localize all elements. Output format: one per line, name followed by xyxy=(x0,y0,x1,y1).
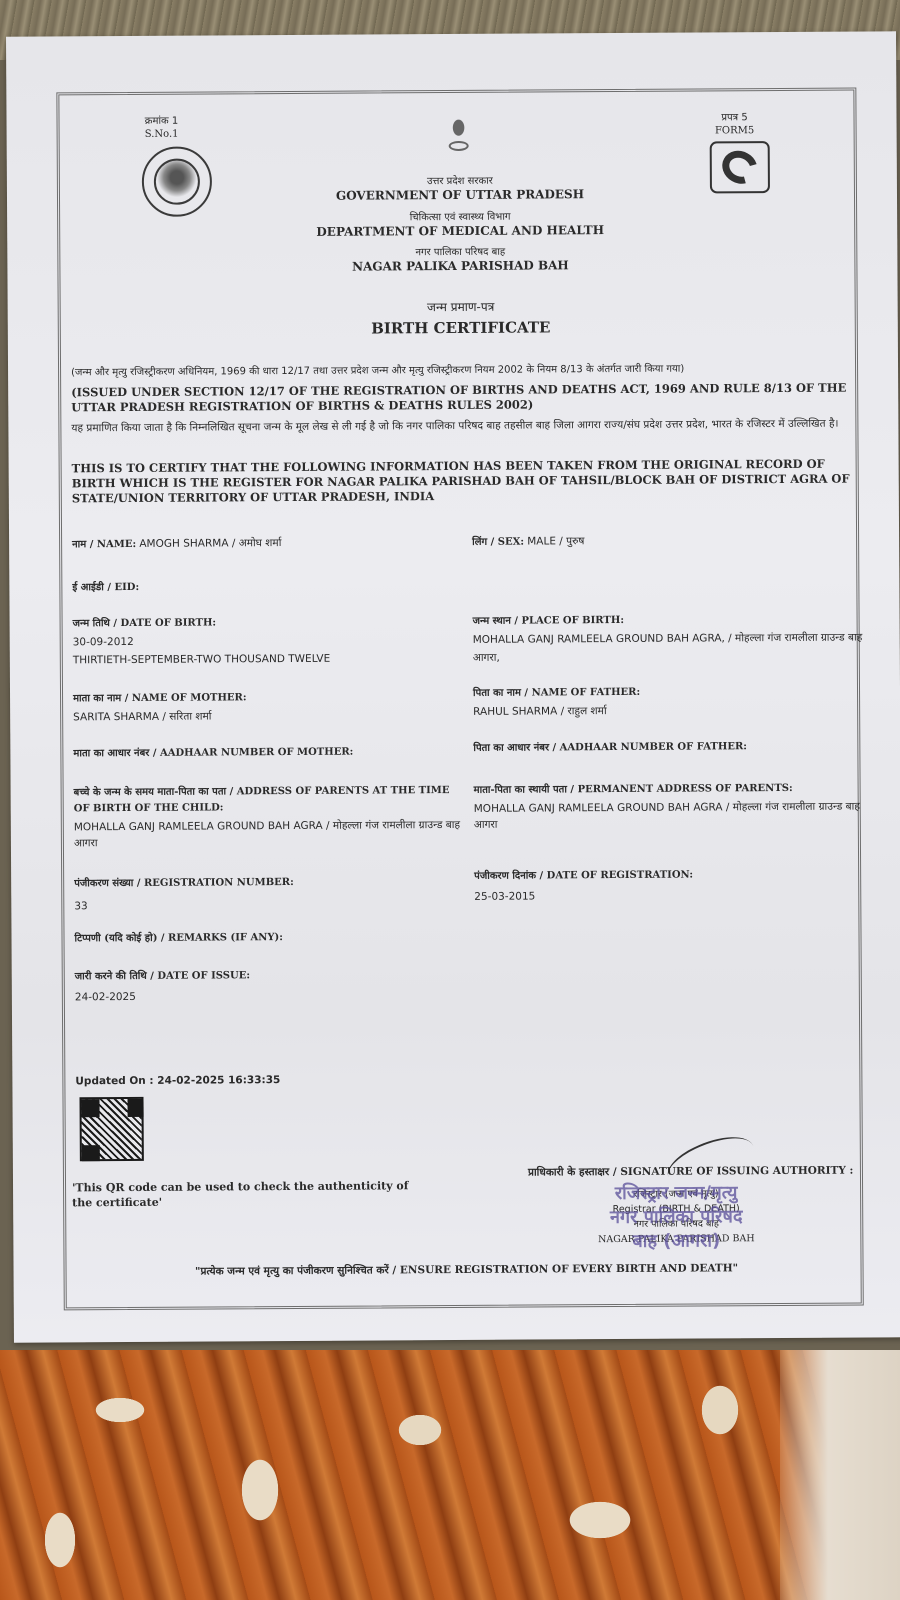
dob-label: जन्म तिथि / DATE OF BIRTH: xyxy=(73,613,463,633)
national-emblem-icon xyxy=(444,113,472,155)
aadhaar-mother-label: माता का आधार नंबर / AADHAAR NUMBER OF MO… xyxy=(73,743,463,763)
registration-date-label: पंजीकरण दिनांक / DATE OF REGISTRATION: xyxy=(474,865,864,885)
dob-value: 30-09-2012 xyxy=(73,631,463,651)
field-place-of-birth: जन्म स्थान / PLACE OF BIRTH: MOHALLA GAN… xyxy=(473,610,863,666)
mother-name-value: SARITA SHARMA / सरिता शर्मा xyxy=(73,706,463,726)
field-date-of-birth: जन्म तिथि / DATE OF BIRTH: 30-09-2012 TH… xyxy=(73,613,463,669)
certification-statement: THIS IS TO CERTIFY THAT THE FOLLOWING IN… xyxy=(72,457,852,507)
field-father-name: पिता का नाम / NAME OF FATHER: RAHUL SHAR… xyxy=(473,682,863,720)
field-eid: ई आईडी / EID: xyxy=(72,576,462,597)
sex-value: MALE / पुरुष xyxy=(527,535,584,547)
cloth-background xyxy=(780,1350,900,1600)
stamp-line: नगर पालिका परिषद xyxy=(576,1205,776,1230)
act-reference-hindi: (जन्म और मृत्यु रजिस्ट्रीकरण अधिनियम, 19… xyxy=(71,361,851,381)
certificate-title: BIRTH CERTIFICATE xyxy=(61,317,861,340)
signature-label: प्राधिकारी के हस्ताक्षर / SIGNATURE OF I… xyxy=(528,1164,854,1180)
serial-number-label: S.No.1 xyxy=(142,128,182,141)
form-number-hindi: प्रपत्र 5 xyxy=(709,111,759,124)
certification-statement-hindi: यह प्रमाणित किया जाता है कि निम्नलिखित स… xyxy=(71,417,851,437)
form-number-label: FORM5 xyxy=(710,124,760,137)
eid-label: ई आईडी / EID: xyxy=(72,582,139,593)
updated-on-timestamp: Updated On : 24-02-2025 16:33:35 xyxy=(75,1074,280,1087)
registration-date-value: 25-03-2015 xyxy=(474,885,864,905)
stamp-line: बाह (आगरा) xyxy=(576,1229,776,1254)
qr-code-icon[interactable] xyxy=(79,1097,143,1161)
pob-value: MOHALLA GANJ RAMLEELA GROUND BAH AGRA, /… xyxy=(473,628,863,666)
address-at-birth-value: MOHALLA GANJ RAMLEELA GROUND BAH AGRA / … xyxy=(74,817,464,851)
certificate-border: क्रमांक 1 S.No.1 प्रपत्र 5 FORM5 उत्तर प… xyxy=(56,88,863,1311)
stamp-line: रजिस्ट्रार जन्म/मृत्यु xyxy=(576,1181,776,1206)
permanent-address-label: माता-पिता का स्थायी पता / PERMANENT ADDR… xyxy=(474,780,864,798)
official-stamp: रजिस्ट्रार जन्म/मृत्यु नगर पालिका परिषद … xyxy=(576,1181,776,1254)
form-number: प्रपत्र 5 FORM5 xyxy=(709,111,759,137)
aadhaar-father-label: पिता का आधार नंबर / AADHAAR NUMBER OF FA… xyxy=(473,737,863,757)
field-aadhaar-mother: माता का आधार नंबर / AADHAAR NUMBER OF MO… xyxy=(73,743,463,763)
field-name: नाम / NAME: AMOGH SHARMA / अमोघ शर्मा xyxy=(72,533,462,554)
field-mother-name: माता का नाम / NAME OF MOTHER: SARITA SHA… xyxy=(73,688,463,726)
father-name-value: RAHUL SHARMA / राहुल शर्मा xyxy=(473,700,863,720)
registration-number-value: 33 xyxy=(74,895,464,915)
field-registration-date: पंजीकरण दिनांक / DATE OF REGISTRATION: 2… xyxy=(474,865,864,905)
certificate-title-hindi: जन्म प्रमाण-पत्र xyxy=(61,296,861,318)
serial-number-hindi: क्रमांक 1 xyxy=(141,115,181,128)
registration-number-label: पंजीकरण संख्या / REGISTRATION NUMBER: xyxy=(74,873,464,893)
field-registration-number: पंजीकरण संख्या / REGISTRATION NUMBER: 33 xyxy=(74,873,464,915)
father-name-label: पिता का नाम / NAME OF FATHER: xyxy=(473,682,863,702)
remarks-label: टिप्पणी (यदि कोई हो) / REMARKS (IF ANY): xyxy=(74,928,464,948)
issue-date-label: जारी करने की तिथि / DATE OF ISSUE: xyxy=(75,966,465,986)
serial-number: क्रमांक 1 S.No.1 xyxy=(141,115,181,141)
fabric-background xyxy=(0,1350,900,1600)
act-reference: (ISSUED UNDER SECTION 12/17 OF THE REGIS… xyxy=(71,381,851,416)
qr-code-note: 'This QR code can be used to check the a… xyxy=(72,1178,432,1210)
address-at-birth-label: बच्चे के जन्म के समय माता-पिता का पता / … xyxy=(74,783,464,817)
permanent-address-value: MOHALLA GANJ RAMLEELA GROUND BAH AGRA / … xyxy=(474,798,864,832)
field-permanent-address: माता-पिता का स्थायी पता / PERMANENT ADDR… xyxy=(474,780,864,832)
registration-slogan: "प्रत्येक जन्म एवं मृत्यु का पंजीकरण सुन… xyxy=(67,1260,867,1279)
pob-label: जन्म स्थान / PLACE OF BIRTH: xyxy=(473,610,863,630)
mother-name-label: माता का नाम / NAME OF MOTHER: xyxy=(73,688,463,708)
field-aadhaar-father: पिता का आधार नंबर / AADHAAR NUMBER OF FA… xyxy=(473,737,863,757)
field-address-at-birth: बच्चे के जन्म के समय माता-पिता का पता / … xyxy=(74,783,464,851)
field-date-of-issue: जारी करने की तिथि / DATE OF ISSUE: 24-02… xyxy=(75,966,465,1006)
field-sex: लिंग / SEX: MALE / पुरुष xyxy=(472,530,862,551)
birth-certificate-sheet: क्रमांक 1 S.No.1 प्रपत्र 5 FORM5 उत्तर प… xyxy=(6,31,900,1342)
field-remarks: टिप्पणी (यदि कोई हो) / REMARKS (IF ANY): xyxy=(74,928,464,948)
name-label: नाम / NAME: xyxy=(72,539,136,550)
issue-date-value: 24-02-2025 xyxy=(75,986,465,1006)
name-value: AMOGH SHARMA / अमोघ शर्मा xyxy=(139,537,281,550)
sex-label: लिंग / SEX: xyxy=(472,537,524,548)
dob-in-words: THIRTIETH-SEPTEMBER-TWO THOUSAND TWELVE xyxy=(73,649,463,669)
